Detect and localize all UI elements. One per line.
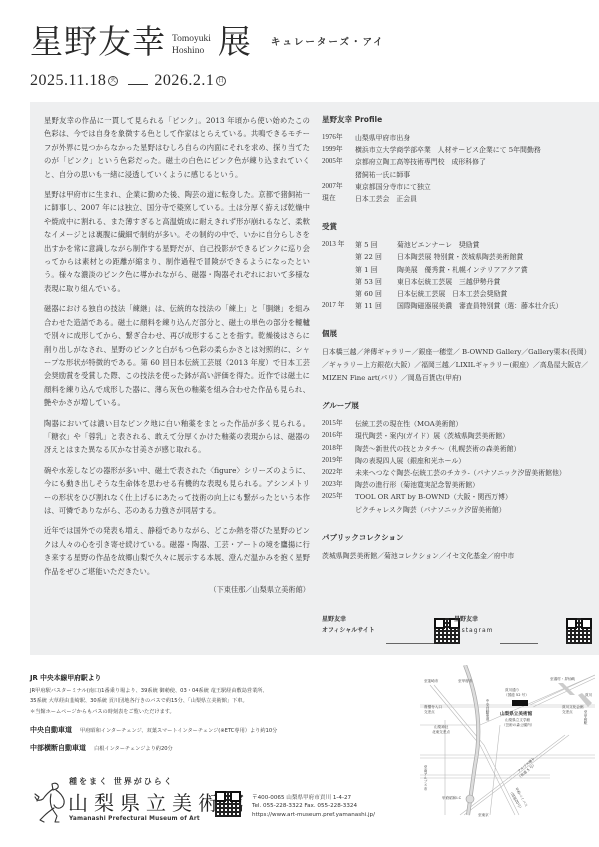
essay-paragraph: 陶器においては濃い目なピンク地に白い釉薬をまとった作品が多く見られる。「糖衣」や… (44, 417, 310, 457)
map-label: （国道 52 号） (504, 693, 529, 698)
road-access-chubu: 中部横断自動車道 白根インターチェンジより約20分 (30, 743, 410, 753)
leader-line (500, 643, 538, 644)
official-site-label: 星野友幸 オフィシャルサイト (322, 614, 452, 636)
date-start: 2025.11.18 (30, 72, 106, 90)
museum-url[interactable]: https://www.art-museum.pref.yamanashi.jp… (252, 811, 375, 819)
map-label: 交差点 (424, 710, 435, 715)
profile-row: 1976年山梨県甲府市出身 (322, 132, 592, 144)
profile-row: 1999年横浜市立大学商学部卒業 人材サービス企業にて 5年間勤務 (322, 144, 592, 156)
public-collection-list: 茨城県陶芸美術館／菊池コレクション／イセ文化基金／府中市 (322, 550, 592, 563)
map-label: 至韮崎市 (424, 679, 438, 684)
museum-tagline: 種をまく 世界がひらく (69, 776, 174, 787)
leader-line (386, 643, 436, 644)
group-exhibitions-title: グループ展 (322, 400, 592, 411)
museum-address: 〒400-0065 山梨県甲府市貢川 1-4-27 (252, 794, 375, 802)
roman-last-name: Hoshino (172, 46, 204, 56)
map-label: 至湯村・昇仙峡 (550, 677, 575, 682)
profile-title: 星野友幸 Profile (322, 114, 592, 125)
award-row: 第 1 回陶美展 優秀賞・札幌インテリアアクア賞 (322, 264, 592, 276)
solo-exhibitions-list: 日本橋三越／斧傳ギャラリー／銀座一穂堂／ B-OWND Gallery／Gall… (322, 346, 592, 384)
map-label: 北東交差点 (432, 730, 450, 735)
essay-paragraph: 磁器における独自の技法「練継」は、伝統的な技法の「練上」と「胴継」を組み合わせた… (44, 302, 310, 409)
map-label: 至甲府市 (458, 679, 472, 684)
essay-credit: （下東佳那／山梨県立美術館） (44, 585, 310, 595)
exhibition-suffix: 展 (218, 22, 251, 62)
map-label: 貢川 (585, 693, 592, 698)
map-label: （芸術の森公園内） (502, 723, 534, 728)
instagram-label: 星野友幸 Instagram (454, 614, 584, 636)
solo-exhibitions-title: 個展 (322, 328, 592, 339)
profile-row: 2007年東京都国分寺市にて独立 (322, 181, 592, 193)
date-start-weekday: 火 (108, 76, 118, 86)
exhibition-dates: 2025.11.18 火 2026.2.1 日 (30, 72, 590, 90)
road-access-chuo: 中央自動車道 甲府昭和インターチェンジ、双葉スマートインターチェンジ(※ETC専… (30, 725, 410, 735)
sns-links: 星野友幸 オフィシャルサイト 星野友幸 Instagram (322, 614, 592, 650)
award-row: 2013 年第 5 回菊池ビエンナーレ 奨励賞 (322, 239, 592, 251)
map-label: 甲府昭和I.C (442, 796, 461, 801)
map-label: 中央自動車道 (486, 699, 491, 721)
essay-column: 星野友幸の作品に一貫して見られる「ピンク」。2013 年頃から使い始めたこの色彩… (44, 114, 310, 595)
artist-name-roman: Tomoyuki Hoshino (172, 33, 211, 57)
access-info: JR 中央本線甲府駅より JR甲府駅バスターミナル(南口)1番乗り場より、39系… (30, 672, 410, 753)
exhibition-header: 星野友幸 Tomoyuki Hoshino 展 キュレーターズ・アイ 2025.… (30, 22, 590, 102)
award-row: 第 60 回日本伝統工芸展 日本工芸会奨励賞 (322, 288, 592, 300)
jr-access-line: 35系統 大草経由韮崎駅、30系統 貢川団地各行きのバスで約15分、「山梨県立美… (30, 696, 410, 706)
instagram-qr-code[interactable] (566, 618, 592, 644)
date-end: 2026.2.1 (154, 72, 214, 90)
sower-logo-icon (34, 780, 70, 824)
museum-phone-fax: Tel. 055-228-3322 Fax. 055-228-3324 (252, 802, 375, 810)
official-site-link[interactable]: 星野友幸 オフィシャルサイト (322, 614, 452, 650)
map-label: 至南アルプス市 (424, 765, 429, 790)
profile-row: 2005年京都府立陶工高等技術専門校 成形科修了 (322, 156, 592, 168)
group-row: ピクチャレスク陶芸（パナソニック汐留美術館） (322, 504, 592, 516)
content-panel: 星野友幸の作品に一貫して見られる「ピンク」。2013 年頃から使い始めたこの色彩… (30, 102, 599, 655)
roman-first-name: Tomoyuki (172, 34, 211, 44)
award-row: 第 22 回日本陶芸展 特別賞・茨城県陶芸美術館賞 (322, 251, 592, 263)
profile-row: 猪飼祐一氏に師事 (322, 169, 592, 181)
essay-paragraph: 近年では国外での発表も増え、静穏でありながら、どこか熱を帯びた星野のピンクは人々… (44, 524, 310, 578)
public-collection-title: パブリックコレクション (322, 532, 592, 543)
series-subtitle: キュレーターズ・アイ (271, 34, 385, 48)
museum-qr-code[interactable] (215, 791, 241, 817)
map-label: 至東京 (478, 813, 489, 818)
group-row: 2025年TOOL OR ART by B-OWND（大阪・関西万博） (322, 491, 592, 503)
award-row: 2017 年第 11 回国際陶磁器展美濃 審査員特別賞（選：藤本壮介氏） (322, 300, 592, 312)
group-row: 2018年陶芸～新世代の技とカタチ～（札幌芸術の森美術館） (322, 443, 592, 455)
group-row: 2022年未来へつなぐ陶芸-伝統工芸のチカラ-（パナソニック汐留美術館他） (322, 467, 592, 479)
title-row: 星野友幸 Tomoyuki Hoshino 展 キュレーターズ・アイ (30, 22, 590, 62)
artist-name-jp: 星野友幸 (30, 22, 166, 62)
essay-paragraph: 星野友幸の作品に一貫して見られる「ピンク」。2013 年頃から使い始めたこの色彩… (44, 114, 310, 181)
group-row: 2019年陶の表現四人展（銀座和光ホール） (322, 455, 592, 467)
group-row: 2015年伝統工芸の現在性（MOA美術館） (322, 418, 592, 430)
group-row: 2023年陶芸の進行形（菊池寛実記念智美術館） (322, 479, 592, 491)
group-row: 2016年現代陶芸・案内(ガイド）展（茨城県陶芸美術館） (322, 430, 592, 442)
date-end-weekday: 日 (216, 76, 226, 86)
jr-access-line: JR甲府駅バスターミナル(南口)1番乗り場より、39系統 御勅使、03・04系統… (30, 686, 410, 696)
museum-name-en: Yamanashi Prefectural Museum of Art (69, 816, 200, 822)
award-row: 第 53 回東日本伝統工芸展 三越伊勢丹賞 (322, 276, 592, 288)
museum-contact: 〒400-0065 山梨県甲府市貢川 1-4-27 Tel. 055-228-3… (252, 794, 375, 819)
map-label: 至甲府駅 (584, 710, 589, 724)
access-map: 至韮崎市 至甲府市 至湯村・昇仙峡 至甲府駅 貢川通り （国道 52 号） 山梨… (420, 665, 595, 820)
date-range-dash (128, 84, 148, 85)
instagram-link[interactable]: 星野友幸 Instagram (454, 614, 584, 650)
essay-paragraph: 星野は甲府市に生まれ、企業に勤めた後、陶芸の道に転身した。京都で猪飼祐一に師事し… (44, 188, 310, 295)
museum-location-marker (512, 700, 528, 706)
map-label-museum: 山梨県立美術館 (500, 711, 532, 717)
profile-row: 現在日本工芸会 正会員 (322, 193, 592, 205)
essay-paragraph: 碗や水差しなどの器形が多い中、磁土で表された〈figure〉シリーズのように、今… (44, 464, 310, 518)
profile-column: 星野友幸 Profile 1976年山梨県甲府市出身 1999年横浜市立大学商学… (322, 114, 592, 562)
map-label: 交差点 (562, 710, 573, 715)
awards-title: 受賞 (322, 221, 592, 232)
jr-access-title: JR 中央本線甲府駅より (30, 672, 410, 682)
jr-access-note: ＊当館ホームページからもバスの時刻表をご覧いただけます。 (30, 707, 410, 717)
